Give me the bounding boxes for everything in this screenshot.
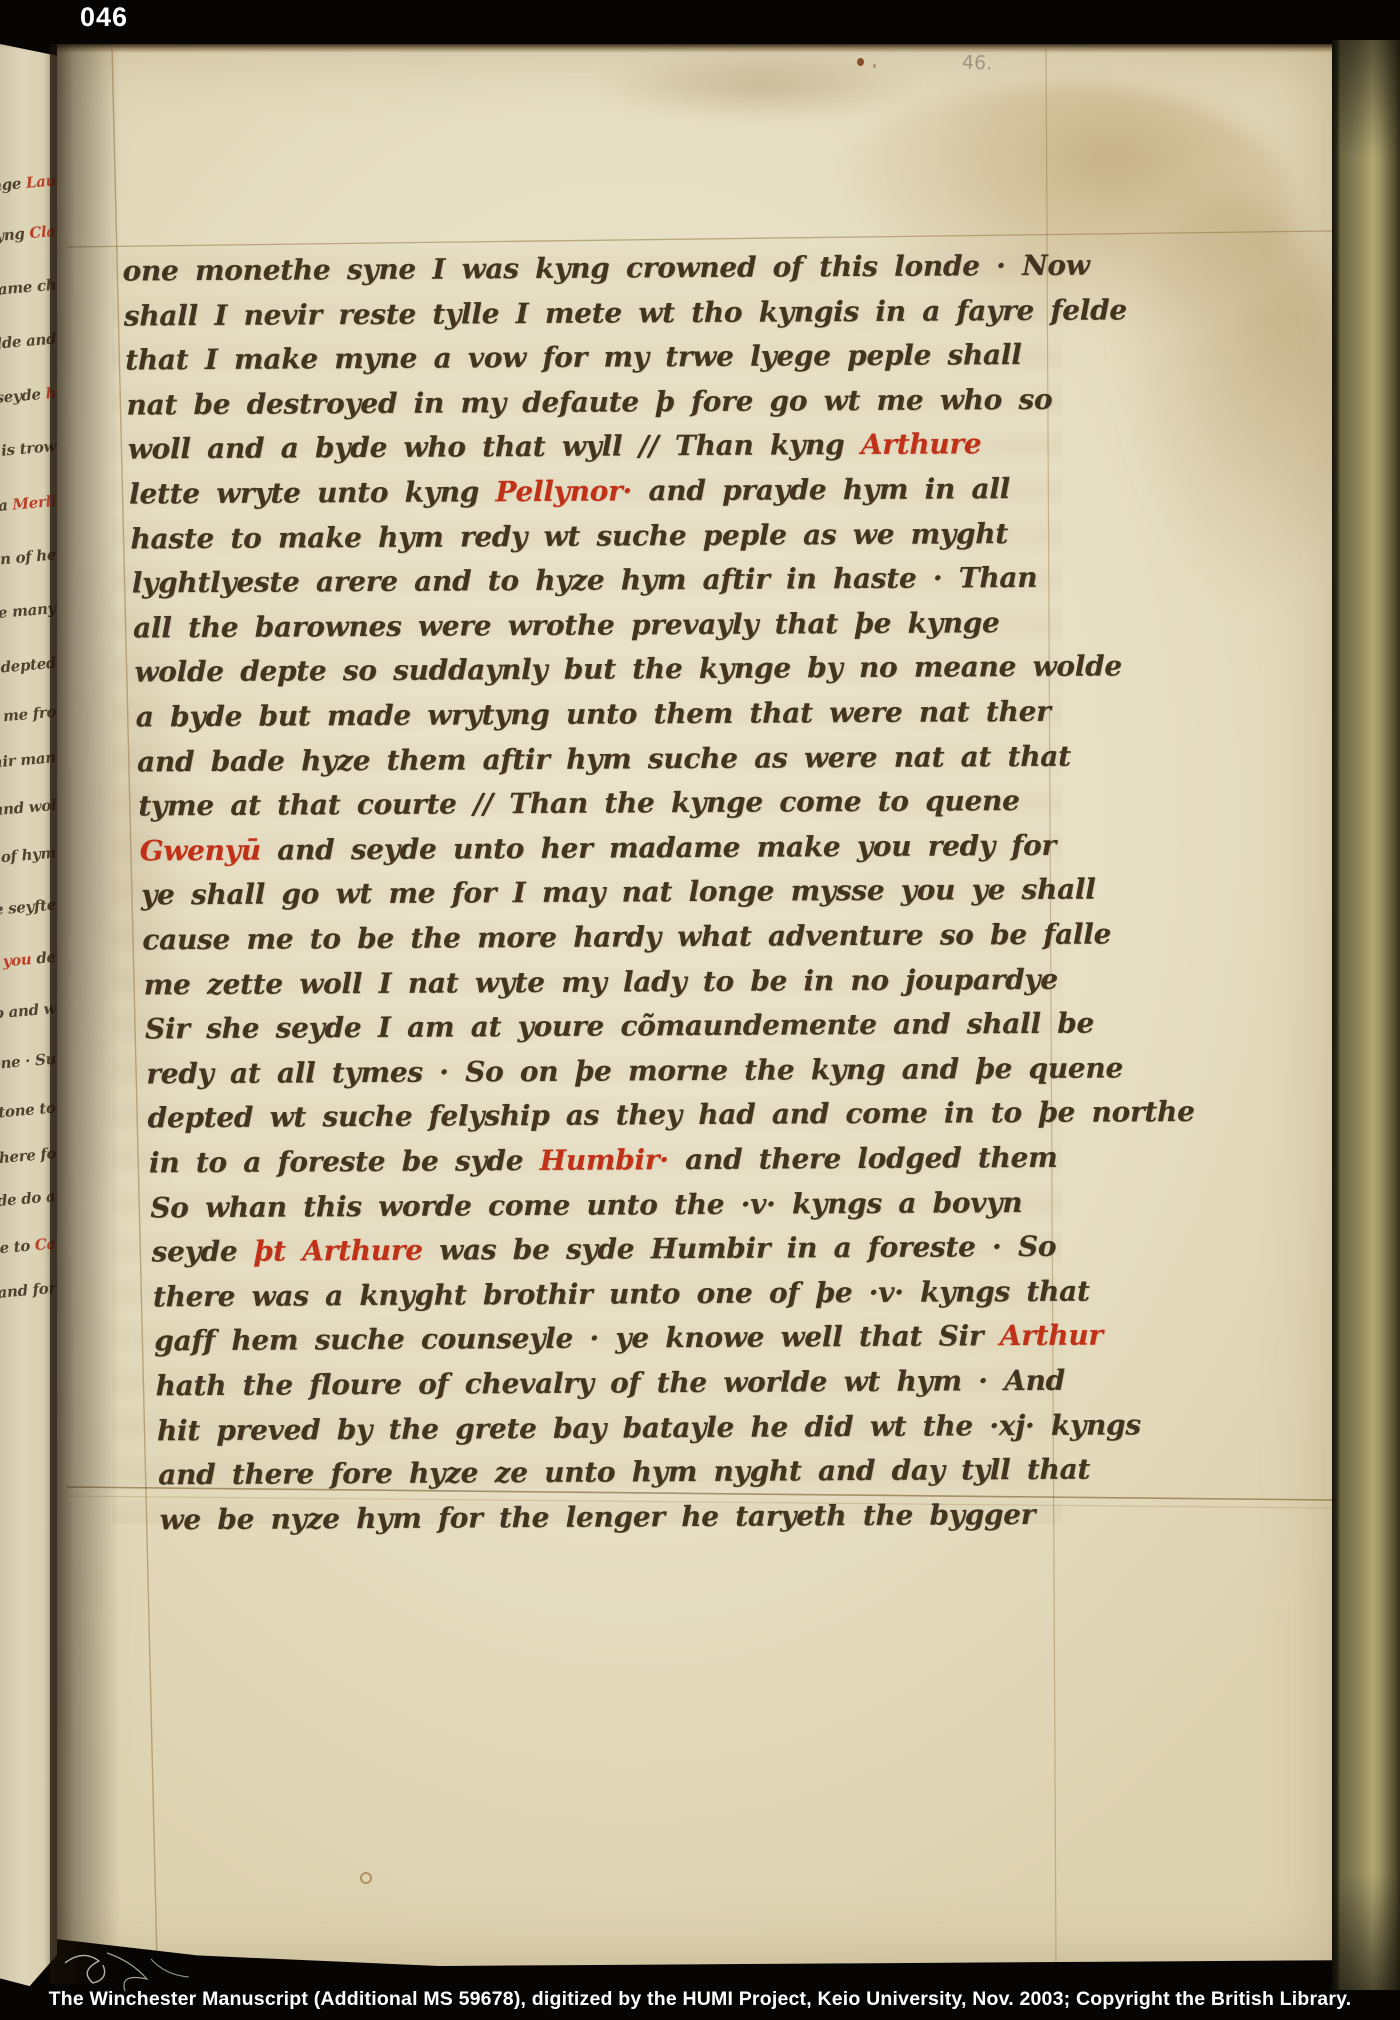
manuscript-line: and bade hyze them aftir hym suche as we… <box>137 739 1071 778</box>
rubric-text: Ca <box>34 1234 57 1254</box>
ink-text: lle yonge <box>0 174 26 199</box>
margin-fragment: wolde and <box>0 329 57 354</box>
ink-text: stone · Su <box>0 1050 57 1075</box>
ink-text: woll and a byde who that wyll // Than ky… <box>128 428 861 465</box>
ink-text: gaff hem suche counseyle · ye knowe well… <box>154 1320 1000 1358</box>
ink-text: depted wt suche felyship as they had and… <box>148 1095 1195 1134</box>
ink-text: depted <box>0 654 57 677</box>
manuscript-line: lette wryte unto kyng Pellynor· and pray… <box>129 472 1010 510</box>
ink-text: nat be destroyed in my defaute þ fore go… <box>126 383 1052 422</box>
ink-text: on kyng <box>0 224 30 248</box>
ink-text: all the barownes were wrothe prevayly th… <box>133 606 1000 644</box>
margin-fragment: I lyve many <box>0 599 57 625</box>
rubric-text: Cla <box>29 222 57 242</box>
ink-text: Sir she seyde I am at youre cõmaundement… <box>145 1007 1094 1046</box>
manuscript-line: wolde depte so suddaynly but the kynge b… <box>134 650 1122 689</box>
manuscript-line: and there fore hyze ze unto hym nyght an… <box>158 1453 1090 1492</box>
ink-text: we be nyze hym for the lenger he taryeth… <box>159 1498 1035 1536</box>
ink-text: that stone to <box>0 1099 57 1126</box>
rubric-text: Lau <box>25 171 57 192</box>
ink-text: ne hir man <box>0 748 57 774</box>
margin-fragment: ayeil you de <box>0 948 57 974</box>
margin-fragment: that stone to <box>0 1099 57 1126</box>
margin-fragment: well seyde h <box>0 384 57 411</box>
rubric-text: h <box>44 384 56 403</box>
manuscript-line: depted wt suche felyship as they had and… <box>148 1095 1195 1134</box>
ink-text: me zette woll I nat wyte my lady to be i… <box>144 962 1058 1001</box>
ink-text: h and for <box>0 1279 57 1303</box>
margin-fragment: ne hir man <box>0 748 57 774</box>
margin-fragment: onto and w <box>0 999 57 1025</box>
ink-text: and bade hyze them aftir hym suche as we… <box>137 739 1071 778</box>
margin-fragment: forde of hym <box>0 844 57 871</box>
manuscript-line: ye shall go wt me for I may nat longe my… <box>141 873 1096 912</box>
ink-text: in to a foreste be syde <box>149 1144 540 1179</box>
margin-fragment: h and for <box>0 1279 57 1303</box>
margin-fragment: this same ch <box>0 276 57 303</box>
ink-text: onto and w <box>0 999 57 1025</box>
ink-text: cause me to be the more hardy what adven… <box>142 917 1111 956</box>
ink-text: So whan this worde come unto the ·v· kyn… <box>150 1186 1022 1224</box>
ink-text: not be seyfte <box>0 896 57 923</box>
rubric-text: þt Arthure <box>254 1234 423 1268</box>
manuscript-line: hath the floure of chevalry of the world… <box>155 1364 1064 1403</box>
ink-text: well seyde <box>0 385 46 411</box>
margin-fragment: d a Merli <box>0 492 57 516</box>
margin-fragment: man of he <box>0 545 57 570</box>
ink-text: redy at all tymes · So on þe morne the k… <box>146 1051 1123 1090</box>
manuscript-line: a byde but made wrytyng unto them that w… <box>136 695 1051 734</box>
manuscript-photo-viewer: 046 lle yonge Lauon kyng Clathis same ch… <box>0 0 1400 2020</box>
ink-text: shall I nevir reste tylle I mete wt tho … <box>124 293 1127 332</box>
ink-text: and prayde hym in all <box>632 472 1010 507</box>
ink-text: that I make myne a vow for my trwe lyege… <box>125 338 1022 376</box>
margin-fragment: you and wol <box>0 796 57 822</box>
ink-text: wolde and <box>0 329 57 354</box>
margin-fragment: me fro <box>2 703 57 726</box>
ink-text: lette wryte unto kyng <box>129 475 496 510</box>
manuscript-line: me zette woll I nat wyte my lady to be i… <box>144 962 1058 1001</box>
manuscript-line: nat be destroyed in my defaute þ fore go… <box>126 383 1052 422</box>
margin-fragment: he coude do a <box>0 1187 57 1215</box>
facing-page-sliver: lle yonge Lauon kyng Clathis same chwold… <box>0 44 57 1992</box>
manuscript-line: woll and a byde who that wyll // Than ky… <box>128 428 982 466</box>
ink-text: hit preved by the grete bay batayle he d… <box>157 1408 1141 1447</box>
rubric-text: Arthur <box>1000 1319 1103 1353</box>
manuscript-line: hit preved by the grete bay batayle he d… <box>157 1408 1141 1447</box>
margin-fragment: lle yonge Lau <box>0 171 57 198</box>
manuscript-line: redy at all tymes · So on þe morne the k… <box>146 1051 1123 1090</box>
shelf-mark-label: 046 <box>80 2 128 33</box>
ink-text: hath the floure of chevalry of the world… <box>155 1364 1064 1403</box>
rubric-text: ayeil you <box>0 950 37 975</box>
margin-fragment: on kyng Cla <box>0 222 57 248</box>
ink-text: ye shall go wt me for I may nat longe my… <box>141 873 1096 912</box>
manuscript-line: seyde þt Arthure was be syde Humbir in a… <box>151 1230 1056 1269</box>
ink-text: this same ch <box>0 276 57 303</box>
ink-text: rode to <box>0 1236 36 1259</box>
ink-text: that is trow <box>0 437 57 463</box>
manuscript-line: all the barownes were wrothe prevayly th… <box>133 606 1000 644</box>
ink-text: and there lodged them <box>669 1141 1058 1176</box>
ink-text: and seyde unto her madame make you redy … <box>261 829 1056 867</box>
ink-text: tyme at that courte // Than the kynge co… <box>138 784 1019 822</box>
margin-fragment: ho there fo <box>0 1144 57 1170</box>
manuscript-line: Sir she seyde I am at youre cõmaundement… <box>145 1007 1094 1046</box>
ink-text: you and wol <box>0 796 57 822</box>
margin-fragment: that is trow <box>0 437 57 463</box>
ink-text: he coude do a <box>0 1187 57 1215</box>
manuscript-page: 46. one monethe syne I was kyng crowned … <box>57 44 1332 1966</box>
ink-text: lyghtlyeste arere and to hyze hym aftir … <box>132 561 1038 600</box>
ink-text: de <box>36 948 57 968</box>
rubric-text: Humbir· <box>540 1143 669 1177</box>
manuscript-line: So whan this worde come unto the ·v· kyn… <box>150 1186 1022 1224</box>
manuscript-line: shall I nevir reste tylle I mete wt tho … <box>124 293 1127 332</box>
margin-fragment: not be seyfte <box>0 896 57 923</box>
caption-text: The Winchester Manuscript (Additional MS… <box>0 1988 1400 2011</box>
ink-text: one monethe syne I was kyng crowned of t… <box>122 249 1089 288</box>
rubric-text: Arthure <box>861 428 982 462</box>
manuscript-line: we be nyze hym for the lenger he taryeth… <box>159 1498 1035 1536</box>
manuscript-text-block: one monethe syne I was kyng crowned of t… <box>51 40 1338 1970</box>
manuscript-line: gaff hem suche counseyle · ye knowe well… <box>154 1319 1103 1358</box>
manuscript-line: cause me to be the more hardy what adven… <box>142 917 1111 956</box>
ink-text: was be syde Humbir in a foreste · So <box>423 1230 1057 1267</box>
rubric-text: Merli <box>11 492 56 514</box>
manuscript-line: one monethe syne I was kyng crowned of t… <box>122 249 1089 288</box>
ink-text: seyde <box>151 1235 253 1269</box>
ink-text: ho there fo <box>0 1144 57 1170</box>
manuscript-line: Gwenyū and seyde unto her madame make yo… <box>140 829 1056 868</box>
caption-bar: The Winchester Manuscript (Additional MS… <box>0 1974 1400 2020</box>
manuscript-line: that I make myne a vow for my trwe lyege… <box>125 338 1022 376</box>
margin-fragment: stone · Su <box>0 1050 57 1075</box>
ink-text: a byde but made wrytyng unto them that w… <box>136 695 1051 734</box>
ink-text: I lyve many <box>0 599 57 625</box>
manuscript-line: lyghtlyeste arere and to hyze hym aftir … <box>132 561 1038 600</box>
ink-text: there was a knyght brothir unto one of þ… <box>153 1274 1090 1313</box>
manuscript-line: tyme at that courte // Than the kynge co… <box>138 784 1019 822</box>
ink-text: forde of hym <box>0 844 57 871</box>
ink-text: haste to make hym redy wt suche peple as… <box>130 517 1008 555</box>
manuscript-line: there was a knyght brothir unto one of þ… <box>153 1274 1090 1313</box>
ink-text: me fro <box>2 703 57 726</box>
ink-text: wolde depte so suddaynly but the kynge b… <box>134 650 1122 689</box>
margin-fragment: rode to Ca <box>0 1234 57 1259</box>
ink-text: and there fore hyze ze unto hym nyght an… <box>158 1453 1090 1492</box>
margin-fragment: h· depted <box>0 654 57 679</box>
manuscript-line: in to a foreste be syde Humbir· and ther… <box>149 1141 1058 1180</box>
manuscript-line: haste to make hym redy wt suche peple as… <box>130 517 1008 555</box>
ink-text: man of he <box>0 545 57 570</box>
rubric-text: Gwenyū <box>140 833 261 867</box>
page-edge-stack <box>1332 40 1400 1990</box>
rubric-text: Pellynor· <box>495 474 632 508</box>
